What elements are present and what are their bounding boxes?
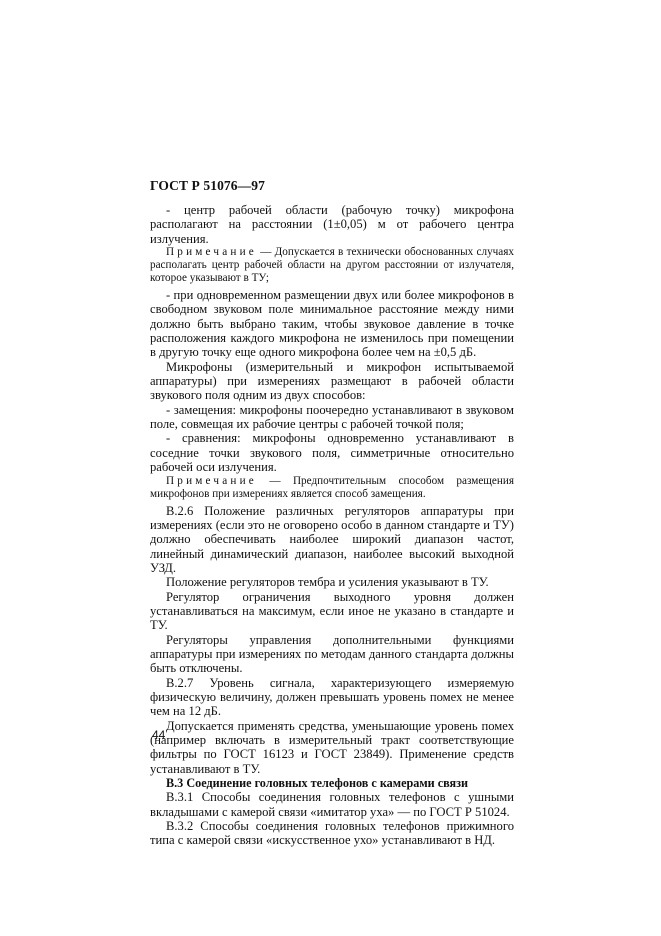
paragraph: Регуляторы управления дополнительными фу… xyxy=(150,633,514,676)
note-paragraph: Примечание — Предпочтительным способом р… xyxy=(150,475,514,501)
section-b-3-2: В.3.2 Способы соединения головных телефо… xyxy=(150,819,514,848)
paragraph: - центр рабочей области (рабочую точку) … xyxy=(150,203,514,246)
section-b-2-6: В.2.6 Положение различных регуляторов ап… xyxy=(150,504,514,576)
paragraph: Положение регуляторов тембра и усиления … xyxy=(150,575,514,589)
section-b-3-1: В.3.1 Способы соединения головных телефо… xyxy=(150,790,514,819)
section-b-2-7: В.2.7 Уровень сигнала, характеризующего … xyxy=(150,676,514,719)
note-paragraph: Примечание — Допускается в технически об… xyxy=(150,246,514,285)
document-page: ГОСТ Р 51076—97 - центр рабочей области … xyxy=(150,178,514,848)
paragraph: - замещения: микрофоны поочередно устана… xyxy=(150,403,514,432)
section-heading-b-3: В.3 Соединение головных телефонов с каме… xyxy=(150,776,514,790)
paragraph: Допускается применять средства, уменьшаю… xyxy=(150,719,514,776)
standard-header: ГОСТ Р 51076—97 xyxy=(150,178,514,194)
paragraph: - при одновременном размещении двух или … xyxy=(150,288,514,360)
paragraph: Микрофоны (измерительный и микрофон испы… xyxy=(150,360,514,403)
note-label: Примечание xyxy=(166,475,257,487)
paragraph: - сравнения: микрофоны одновременно уста… xyxy=(150,431,514,474)
note-label: Примечание xyxy=(166,246,257,258)
page-number: 44 xyxy=(152,728,165,742)
paragraph: Регулятор ограничения выходного уровня д… xyxy=(150,590,514,633)
